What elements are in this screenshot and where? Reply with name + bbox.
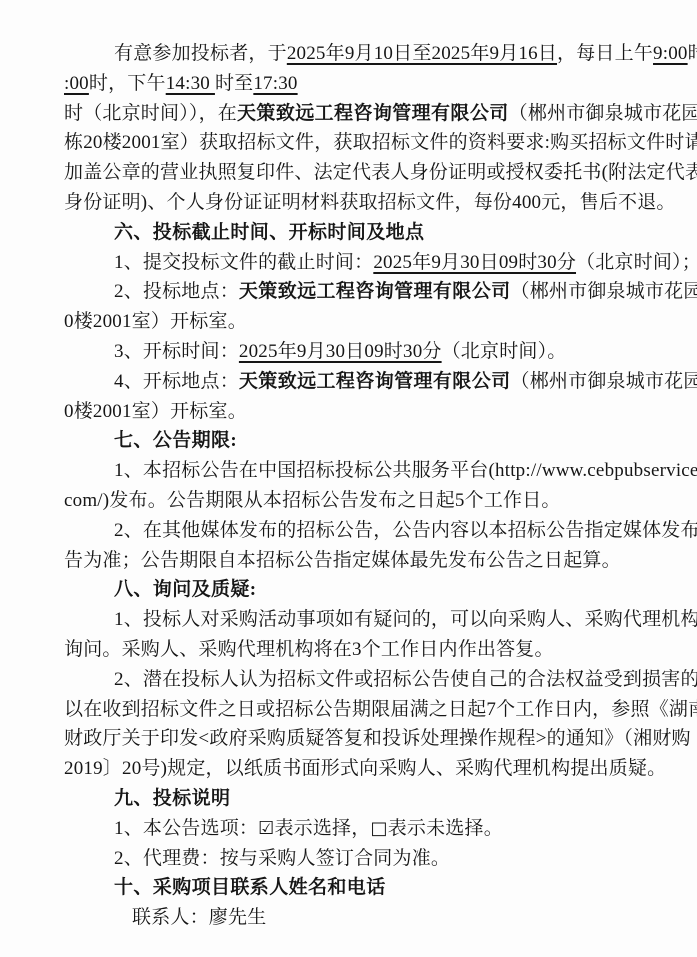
text-line: 九、投标说明	[64, 784, 643, 814]
text-run: 身份证明)、个人身份证证明材料获取招标文件，每份400元，售后不退。	[64, 192, 676, 213]
text-run: 1、本公告选项：	[114, 818, 258, 839]
text-line: 1、本招标公告在中国招标投标公共服务平台(http://www.cebpubse…	[64, 456, 643, 486]
text-run: 栋20楼2001室）获取招标文件，获取招标文件的资料要求:购买招标文件时请持	[64, 132, 697, 153]
text-run: 9:00	[653, 43, 688, 64]
text-run: 时至	[215, 73, 253, 94]
text-run: 0楼2001室）开标室。	[64, 311, 247, 332]
text-run: 2、投标地点：	[114, 281, 239, 302]
text-line: 2、潜在投标人认为招标文件或招标公告使自己的合法权益受到损害的，可	[64, 665, 643, 695]
text-run: 2019〕20号)规定，以纸质书面形式向采购人、采购代理机构提出质疑。	[64, 758, 666, 779]
text-run: 六、投标截止时间、开标时间及地点	[114, 222, 424, 243]
text-run: 天策致远工程咨询管理有限公司	[239, 371, 511, 392]
text-run: 1、投标人对采购活动事项如有疑问的，可以向采购人、采购代理机构提出	[114, 609, 697, 630]
text-run: 17:30	[253, 73, 297, 94]
text-line: 栋20楼2001室）获取招标文件，获取招标文件的资料要求:购买招标文件时请持	[64, 128, 643, 158]
text-line: 十、采购项目联系人姓名和电话	[64, 873, 643, 903]
text-run: 0楼2001室）开标室。	[64, 401, 247, 422]
checkbox-checked-icon: ☑	[258, 818, 274, 839]
text-line: 1、提交投标文件的截止时间：2025年9月30日09时30分（北京时间）；	[64, 248, 643, 278]
text-line: 3、开标时间：2025年9月30日09时30分（北京时间）。	[64, 337, 643, 367]
text-line: 0楼2001室）开标室。	[64, 307, 643, 337]
text-line: 2、投标地点：天策致远工程咨询管理有限公司（郴州市御泉城市花园1栋2	[64, 277, 643, 307]
text-run: com/)发布。公告期限从本招标公告发布之日起5个工作日。	[64, 490, 561, 511]
text-run: 天策致远工程咨询管理有限公司	[237, 103, 509, 124]
text-line: 以在收到招标文件之日或招标公告期限届满之日起7个工作日内，参照《湖南省	[64, 695, 643, 725]
text-run: 八、询问及质疑:	[114, 579, 257, 600]
text-run: 表示未选择。	[388, 818, 503, 839]
text-run: 4、开标地点：	[114, 371, 239, 392]
text-line: 1、投标人对采购活动事项如有疑问的，可以向采购人、采购代理机构提出	[64, 605, 643, 635]
text-run: 14:30	[166, 73, 215, 94]
text-line: 时（北京时间）），在天策致远工程咨询管理有限公司（郴州市御泉城市花园1	[64, 99, 643, 129]
text-line: 六、投标截止时间、开标时间及地点	[64, 218, 643, 248]
text-run: ，每日上午	[557, 43, 653, 64]
text-run: 2025年9月10日至2025年9月16日	[287, 43, 557, 64]
text-run: 联系人：廖先生	[132, 907, 266, 928]
text-run: 九、投标说明	[114, 788, 230, 809]
text-run: 1、本招标公告在中国招标投标公共服务平台(http://www.cebpubse…	[114, 460, 697, 481]
text-line: 2、在其他媒体发布的招标公告，公告内容以本招标公告指定媒体发布的公	[64, 516, 643, 546]
text-run: 1、提交投标文件的截止时间：	[114, 252, 373, 273]
text-line: 加盖公章的营业执照复印件、法定代表人身份证明或授权委托书(附法定代表人	[64, 158, 643, 188]
text-line: 询问。采购人、采购代理机构将在3个工作日内作出答复。	[64, 635, 643, 665]
text-run: 2、潜在投标人认为招标文件或招标公告使自己的合法权益受到损害的，可	[114, 669, 697, 690]
text-run: :00	[64, 73, 89, 94]
text-line: 七、公告期限:	[64, 426, 643, 456]
text-run: 以在收到招标文件之日或招标公告期限届满之日起7个工作日内，参照《湖南省	[64, 699, 697, 720]
text-run: 3、开标时间：	[114, 341, 239, 362]
text-line: 4、开标地点：天策致远工程咨询管理有限公司（郴州市御泉城市花园1栋2	[64, 367, 643, 397]
text-line: 1、本公告选项：☑表示选择，□表示未选择。	[64, 814, 643, 844]
text-run: 询问。采购人、采购代理机构将在3个工作日内作出答复。	[64, 639, 554, 660]
text-run: 时，下午	[89, 73, 166, 94]
text-run: 时（北京时间）），在	[64, 103, 237, 124]
text-run: （北京时间）。	[442, 341, 567, 362]
text-run: （郴州市御泉城市花园1栋2	[511, 371, 697, 392]
text-line: 告为准；公告期限自本招标公告指定媒体最先发布公告之日起算。	[64, 546, 643, 576]
text-run: （郴州市御泉城市花园1	[509, 103, 697, 124]
text-run: （郴州市御泉城市花园1栋2	[511, 281, 697, 302]
text-run: 表示选择，	[274, 818, 370, 839]
text-run: 财政厅关于印发<政府采购质疑答复和投诉处理操作规程>的通知》（湘财购〔	[64, 728, 697, 749]
text-run: 有意参加投标者，于	[114, 43, 287, 64]
text-line: 联系人：廖先生	[64, 903, 643, 933]
document-page: 有意参加投标者，于2025年9月10日至2025年9月16日，每日上午9:00时…	[0, 0, 697, 957]
text-line: 财政厅关于印发<政府采购质疑答复和投诉处理操作规程>的通知》（湘财购〔	[64, 724, 643, 754]
text-run: 加盖公章的营业执照复印件、法定代表人身份证明或授权委托书(附法定代表人	[64, 162, 697, 183]
checkbox-unchecked-icon: □	[370, 818, 387, 839]
text-line: :00时，下午14:30 时至17:30	[64, 69, 643, 99]
text-run: 告为准；公告期限自本招标公告指定媒体最先发布公告之日起算。	[64, 550, 621, 571]
text-line: com/)发布。公告期限从本招标公告发布之日起5个工作日。	[64, 486, 643, 516]
text-run: 七、公告期限:	[114, 430, 237, 451]
text-run: 时至	[688, 43, 697, 64]
text-run: 2025年9月30日09时30分	[373, 252, 576, 273]
text-line: 0楼2001室）开标室。	[64, 397, 643, 427]
text-line: 有意参加投标者，于2025年9月10日至2025年9月16日，每日上午9:00时…	[64, 39, 643, 69]
text-line: 2、代理费：按与采购人签订合同为准。	[64, 844, 643, 874]
text-run: （北京时间）；	[576, 252, 697, 273]
text-run: 2025年9月30日09时30分	[239, 341, 442, 362]
document-body: 有意参加投标者，于2025年9月10日至2025年9月16日，每日上午9:00时…	[64, 39, 643, 933]
text-line: 八、询问及质疑:	[64, 575, 643, 605]
text-line: 身份证明)、个人身份证证明材料获取招标文件，每份400元，售后不退。	[64, 188, 643, 218]
text-run: 十、采购项目联系人姓名和电话	[114, 877, 386, 898]
text-line: 2019〕20号)规定，以纸质书面形式向采购人、采购代理机构提出质疑。	[64, 754, 643, 784]
text-run: 天策致远工程咨询管理有限公司	[239, 281, 511, 302]
text-run: 2、代理费：按与采购人签订合同为准。	[114, 848, 450, 869]
text-run: 2、在其他媒体发布的招标公告，公告内容以本招标公告指定媒体发布的公	[114, 520, 697, 541]
